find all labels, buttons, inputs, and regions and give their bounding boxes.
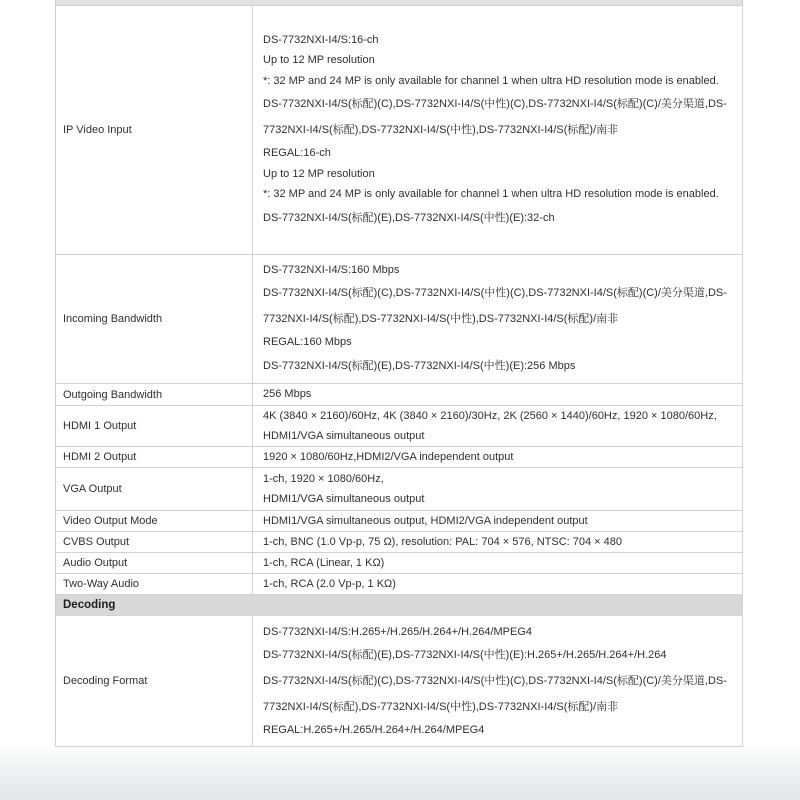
spec-label: Incoming Bandwidth xyxy=(56,255,253,383)
spec-value-line: 1-ch, RCA (2.0 Vp-p, 1 KΩ) xyxy=(263,574,734,595)
spec-label: Two-Way Audio xyxy=(56,574,253,594)
spec-label: Video Output Mode xyxy=(56,511,253,531)
table-row-outgoing-bandwidth: Outgoing Bandwidth 256 Mbps xyxy=(56,384,742,406)
spec-value: 1-ch, RCA (2.0 Vp-p, 1 KΩ) xyxy=(253,574,742,594)
table-row-hdmi-1-output: HDMI 1 Output 4K (3840 × 2160)/60Hz, 4K … xyxy=(56,406,742,447)
section-header-decoding: Decoding xyxy=(56,595,742,616)
spec-value: 1920 × 1080/60Hz,HDMI2/VGA independent o… xyxy=(253,447,742,467)
spec-value-line: DS-7732NXI-I4/S(标配)(C),DS-7732NXI-I4/S(中… xyxy=(263,668,734,720)
spec-value-line: 1-ch, RCA (Linear, 1 KΩ) xyxy=(263,553,734,574)
spec-value-line: DS-7732NXI-I4/S:16-ch xyxy=(263,30,734,51)
spec-value: 1-ch, BNC (1.0 Vp-p, 75 Ω), resolution: … xyxy=(253,532,742,552)
table-row-decoding-format: Decoding Format DS-7732NXI-I4/S:H.265+/H… xyxy=(56,616,742,747)
spec-label: Decoding Format xyxy=(56,616,253,746)
spec-value: HDMI1/VGA simultaneous output, HDMI2/VGA… xyxy=(253,511,742,531)
spec-label: HDMI 2 Output xyxy=(56,447,253,467)
spec-value: DS-7732NXI-I4/S:16-ch Up to 12 MP resolu… xyxy=(253,6,742,254)
datasheet-page: IP Video Input DS-7732NXI-I4/S:16-ch Up … xyxy=(0,0,800,800)
table-row-audio-output: Audio Output 1-ch, RCA (Linear, 1 KΩ) xyxy=(56,553,742,574)
table-row-ip-video-input: IP Video Input DS-7732NXI-I4/S:16-ch Up … xyxy=(56,6,742,255)
spec-label: Audio Output xyxy=(56,553,253,573)
table-row-vga-output: VGA Output 1-ch, 1920 × 1080/60Hz, HDMI1… xyxy=(56,468,742,511)
spec-value-line: Up to 12 MP resolution xyxy=(263,50,734,71)
spec-value: 1-ch, 1920 × 1080/60Hz, HDMI1/VGA simult… xyxy=(253,468,742,510)
spec-value-line: DS-7732NXI-I4/S:160 Mbps xyxy=(263,260,734,281)
spec-value-line: 1-ch, BNC (1.0 Vp-p, 75 Ω), resolution: … xyxy=(263,532,734,553)
spec-value-line: DS-7732NXI-I4/S(标配)(C),DS-7732NXI-I4/S(中… xyxy=(263,280,734,332)
spec-value-line: 1920 × 1080/60Hz,HDMI2/VGA independent o… xyxy=(263,447,734,468)
table-row-incoming-bandwidth: Incoming Bandwidth DS-7732NXI-I4/S:160 M… xyxy=(56,255,742,384)
spec-value-line: DS-7732NXI-I4/S(标配)(E),DS-7732NXI-I4/S(中… xyxy=(263,353,734,379)
spec-value: 1-ch, RCA (Linear, 1 KΩ) xyxy=(253,553,742,573)
spec-value: 4K (3840 × 2160)/60Hz, 4K (3840 × 2160)/… xyxy=(253,406,742,446)
spec-table: IP Video Input DS-7732NXI-I4/S:16-ch Up … xyxy=(55,0,743,747)
spec-value-line: 4K (3840 × 2160)/60Hz, 4K (3840 × 2160)/… xyxy=(263,406,734,447)
spec-value-line: REGAL:16-ch xyxy=(263,143,734,164)
spec-value-line: *: 32 MP and 24 MP is only available for… xyxy=(263,71,734,92)
spec-value-line: 256 Mbps xyxy=(263,384,734,405)
spec-value-line: REGAL:H.265+/H.265/H.264+/H.264/MPEG4 xyxy=(263,720,734,741)
table-row-video-output-mode: Video Output Mode HDMI1/VGA simultaneous… xyxy=(56,511,742,532)
spec-value: DS-7732NXI-I4/S:H.265+/H.265/H.264+/H.26… xyxy=(253,616,742,746)
spec-value: DS-7732NXI-I4/S:160 Mbps DS-7732NXI-I4/S… xyxy=(253,255,742,383)
spec-value-line: HDMI1/VGA simultaneous output, HDMI2/VGA… xyxy=(263,511,734,532)
spec-value-line: DS-7732NXI-I4/S(标配)(E),DS-7732NXI-I4/S(中… xyxy=(263,642,734,668)
section-title: Decoding xyxy=(56,595,742,615)
table-row-hdmi-2-output: HDMI 2 Output 1920 × 1080/60Hz,HDMI2/VGA… xyxy=(56,447,742,468)
spec-label: Outgoing Bandwidth xyxy=(56,384,253,405)
spec-label: CVBS Output xyxy=(56,532,253,552)
table-row-cvbs-output: CVBS Output 1-ch, BNC (1.0 Vp-p, 75 Ω), … xyxy=(56,532,742,553)
spec-value-line: DS-7732NXI-I4/S:H.265+/H.265/H.264+/H.26… xyxy=(263,622,734,643)
table-row-two-way-audio: Two-Way Audio 1-ch, RCA (2.0 Vp-p, 1 KΩ) xyxy=(56,574,742,595)
spec-value-line: HDMI1/VGA simultaneous output xyxy=(263,489,734,510)
page-edge-shadow xyxy=(0,742,800,800)
spec-value-line: DS-7732NXI-I4/S(标配)(C),DS-7732NXI-I4/S(中… xyxy=(263,91,734,143)
spec-label: IP Video Input xyxy=(56,6,253,254)
spec-label: HDMI 1 Output xyxy=(56,406,253,446)
spec-value-line: DS-7732NXI-I4/S(标配)(E),DS-7732NXI-I4/S(中… xyxy=(263,205,734,231)
spec-value-line: Up to 12 MP resolution xyxy=(263,164,734,185)
spec-value-line: *: 32 MP and 24 MP is only available for… xyxy=(263,184,734,205)
spec-value-line: 1-ch, 1920 × 1080/60Hz, xyxy=(263,469,734,490)
spec-label: VGA Output xyxy=(56,468,253,510)
spec-value-line: REGAL:160 Mbps xyxy=(263,332,734,353)
spec-value: 256 Mbps xyxy=(253,384,742,405)
